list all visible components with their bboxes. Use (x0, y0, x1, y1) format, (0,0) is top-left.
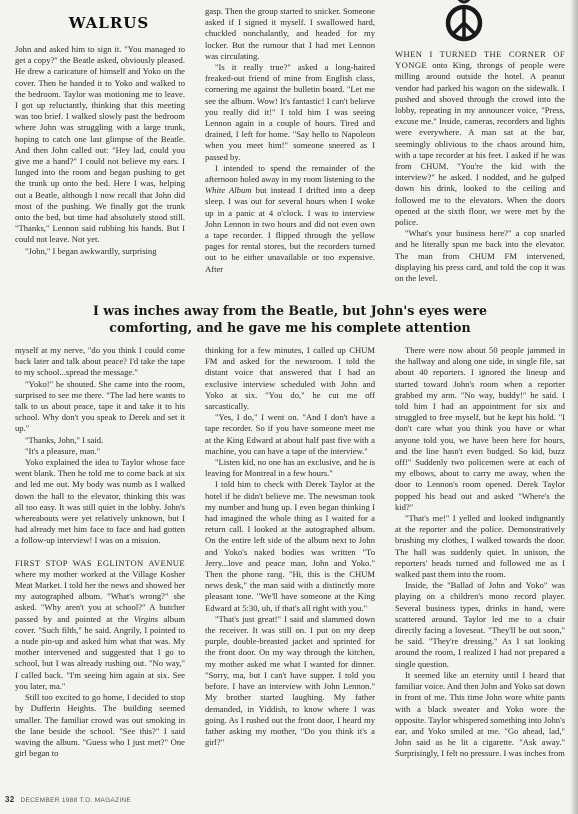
article-column-3-top: WHEN I TURNED THE CORNER OF YONGE onto K… (395, 49, 565, 299)
page-gutter-shadow (570, 0, 578, 814)
paragraph: Still too excited to go home, I decided … (15, 692, 185, 759)
section-title: WALRUS (29, 14, 189, 32)
paragraph: "That's me!" I yelled and looked indigna… (395, 513, 565, 580)
page-number: 32 (5, 795, 15, 804)
article-column-3-bottom: There were now about 50 people jammed in… (395, 345, 565, 770)
article-column-2-bottom: thinking for a few minutes, I called up … (205, 345, 375, 770)
article-column-1-bottom: myself at my nerve, "do you think I coul… (15, 345, 185, 770)
paragraph: WHEN I TURNED THE CORNER OF YONGE onto K… (395, 49, 565, 228)
paragraph: "Yes, I do," I went on. "And I don't hav… (205, 412, 375, 457)
paragraph: gasp. Then the group started to snicker.… (205, 6, 375, 62)
paragraph: "Is it really true?" asked a long-haired… (205, 62, 375, 163)
footer-text: DECEMBER 1988 T.O. MAGAZINE (21, 797, 132, 804)
peace-symbol-icon (444, 0, 484, 46)
section-lead: FIRST STOP WAS EGLINTON AVENUE (15, 558, 185, 568)
paragraph: I told him to check with Derek Taylor at… (205, 479, 375, 613)
page-footer: 32DECEMBER 1988 T.O. MAGAZINE (5, 795, 131, 804)
paragraph: thinking for a few minutes, I called up … (205, 345, 375, 412)
album-title: White Album (205, 185, 251, 195)
paragraph: "It's a pleasure, man." (15, 446, 185, 457)
paragraph: John and asked him to sign it. "You mana… (15, 44, 185, 246)
paragraph: "Yoko!" he shouted. She came into the ro… (15, 379, 185, 435)
paragraph: "John," I began awkwardly, surprising (15, 246, 185, 257)
magazine-page: WALRUS John and asked him to sign it. "Y… (0, 0, 578, 814)
paragraph: "What's your business here?" a cop snarl… (395, 228, 565, 284)
article-column-1-top: John and asked him to sign it. "You mana… (15, 44, 185, 299)
paragraph: I intended to spend the remainder of the… (205, 163, 375, 275)
paragraph: It seemed like an eternity until I heard… (395, 670, 565, 760)
album-title: Virgins (134, 614, 158, 624)
paragraph: FIRST STOP WAS EGLINTON AVENUE where my … (15, 558, 185, 692)
paragraph: "That's just great!" I said and slammed … (205, 614, 375, 748)
article-column-2-top: gasp. Then the group started to snicker.… (205, 6, 375, 299)
paragraph: "Thanks, John," I said. (15, 435, 185, 446)
paragraph: Yoko explained the idea to Taylor whose … (15, 457, 185, 547)
paragraph: "Listen kid, no one has an exclusive, an… (205, 457, 375, 479)
paragraph: Inside, the "Ballad of John and Yoko" wa… (395, 580, 565, 670)
paragraph: myself at my nerve, "do you think I coul… (15, 345, 185, 379)
paragraph: There were now about 50 people jammed in… (395, 345, 565, 513)
pull-quote: I was inches away from the Beatle, but J… (30, 302, 550, 336)
